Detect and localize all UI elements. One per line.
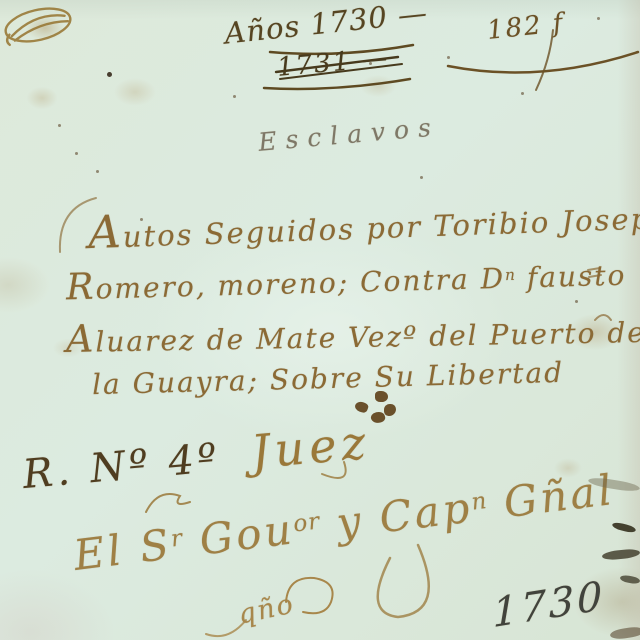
official-text: El S <box>71 519 174 580</box>
case-reference-line: R. Nº 4º Juez <box>20 415 372 499</box>
fox-speck <box>107 72 112 77</box>
fox-speck <box>96 170 99 173</box>
ink-blot <box>354 400 370 414</box>
page-edge-tear <box>612 521 637 534</box>
fox-speck <box>575 300 578 303</box>
official-text: Gñal <box>485 465 617 529</box>
ink-blot <box>375 391 388 402</box>
year-crossed-out: 1731 — <box>276 43 391 83</box>
manuscript-page: Años 1730 — 1731 — 182 f Esclavos Autos … <box>0 0 640 640</box>
section-heading: Esclavos <box>257 112 441 157</box>
page-edge-tear <box>620 574 640 584</box>
fox-speck <box>521 92 524 95</box>
fox-speck <box>58 124 61 127</box>
official-text: Gou <box>180 504 296 566</box>
page-edge-tear <box>602 548 640 561</box>
judge-word: Juez <box>249 415 373 479</box>
fox-speck <box>447 56 450 59</box>
superscript-flourish-stroke <box>146 494 190 512</box>
title-line-2: Romero, moreno; Contra Dn fausto <box>66 251 627 309</box>
fox-speck <box>75 152 78 155</box>
bottom-year: 1730 <box>492 573 605 637</box>
year-heading: Años 1730 — <box>223 0 430 51</box>
official-text: y Cap <box>318 482 475 549</box>
reference-number: R. Nº 4º <box>21 435 223 498</box>
superscript-or: or <box>292 508 322 537</box>
fox-speck <box>233 95 236 98</box>
folio-flourish-stroke <box>448 52 638 72</box>
signature-loop-stroke <box>378 545 429 617</box>
folio-number: 182 f <box>486 8 566 46</box>
fox-speck <box>140 218 143 221</box>
bottom-abbreviation: qño <box>235 588 297 630</box>
title-line-4: la Guayra; Sobre Su Libertad <box>92 356 565 401</box>
fox-speck <box>420 176 423 179</box>
title-line-2-text: Romero, moreno; Contra D <box>66 262 506 306</box>
fox-speck <box>597 17 600 20</box>
title-line-1: Autos Seguidos por Toribio Joseph <box>87 186 640 259</box>
ink-blot <box>384 404 396 416</box>
page-edge-tear <box>609 626 640 640</box>
superscript-n: n <box>505 266 516 284</box>
rubric-flourish-icon <box>2 3 74 47</box>
fox-speck <box>369 62 372 65</box>
title-line-2-text: fausto <box>516 259 627 295</box>
title-line-3: Aluarez de Mate Vezº del Puerto de <box>66 307 640 361</box>
